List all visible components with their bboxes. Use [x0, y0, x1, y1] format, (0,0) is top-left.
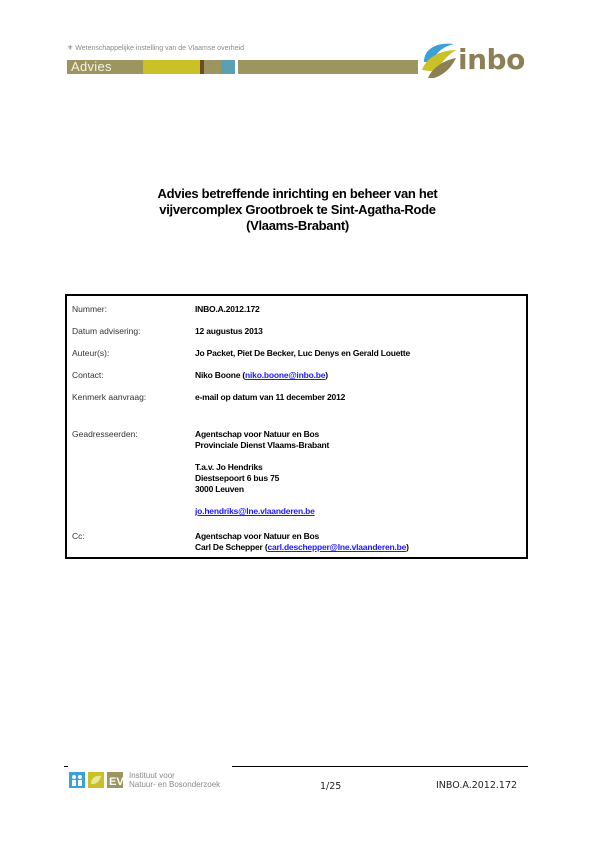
- contact-email-link[interactable]: niko.boone@inbo.be: [245, 370, 325, 380]
- flemish-lion-icon: ⚜: [67, 44, 73, 52]
- address-line: 3000 Leuven: [195, 484, 329, 495]
- tagline-text: Wetenschappelijke instelling van de Vlaa…: [75, 45, 244, 52]
- address-line: Provinciale Dienst Vlaams-Brabant: [195, 440, 329, 451]
- page-number: 1/25: [320, 781, 341, 792]
- value: Agentschap voor Natuur en Bos Provincial…: [195, 429, 329, 517]
- header-tagline: ⚜Wetenschappelijke instelling van de Vla…: [67, 44, 244, 52]
- logo-text: inbo: [458, 43, 525, 76]
- page-title: Advies betreffende inrichting en beheer …: [100, 186, 495, 234]
- value: Jo Packet, Piet De Becker, Luc Denys en …: [195, 348, 410, 359]
- label: Contact:: [72, 370, 104, 381]
- title-line: (Vlaams-Brabant): [100, 218, 495, 234]
- label: Kenmerk aanvraag:: [72, 392, 146, 403]
- cc-org: Agentschap voor Natuur en Bos: [195, 531, 409, 542]
- value: Niko Boone (niko.boone@inbo.be): [195, 370, 328, 381]
- footer-divider: [232, 766, 528, 767]
- label: Geadresseerden:: [72, 429, 138, 440]
- cc-email-link[interactable]: carl.deschepper@lne.vlaanderen.be: [267, 542, 406, 552]
- header-bar-segment: [238, 60, 418, 74]
- footer-divider: [64, 766, 68, 767]
- institute-line: Natuur- en Bosonderzoek: [129, 780, 220, 789]
- value: e-mail op datum van 11 december 2012: [195, 392, 345, 403]
- people-icon: [69, 772, 85, 788]
- header-bar-segment: [204, 60, 221, 74]
- section-label: Advies: [71, 59, 112, 74]
- label: Cc:: [72, 531, 85, 542]
- address-line: Diestsepoort 6 bus 75: [195, 473, 329, 484]
- addressee-email-link[interactable]: jo.hendriks@lne.vlaanderen.be: [195, 506, 315, 516]
- address-line: T.a.v. Jo Hendriks: [195, 462, 329, 473]
- header-bar-segment: [221, 60, 235, 74]
- inbo-logo-icon: [416, 40, 458, 80]
- contact-name: Niko Boone (: [195, 370, 245, 380]
- svg-text:EV: EV: [109, 776, 123, 788]
- cc-name: Carl De Schepper (: [195, 542, 267, 552]
- document-code: INBO.A.2012.172: [436, 780, 517, 791]
- value: INBO.A.2012.172: [195, 304, 260, 315]
- document-info-table: Nummer: INBO.A.2012.172 Datum advisering…: [65, 294, 528, 559]
- institute-line: Instituut voor: [129, 771, 220, 780]
- footer-institute: Instituut voor Natuur- en Bosonderzoek: [129, 771, 220, 789]
- ev-icon: EV: [107, 772, 123, 788]
- label: Auteur(s):: [72, 348, 109, 359]
- value: Agentschap voor Natuur en Bos Carl De Sc…: [195, 531, 409, 553]
- leaf-icon: [88, 772, 104, 788]
- address-line: Agentschap voor Natuur en Bos: [195, 429, 329, 440]
- title-line: Advies betreffende inrichting en beheer …: [100, 186, 495, 202]
- paren: ): [406, 542, 409, 552]
- value: 12 augustus 2013: [195, 326, 263, 337]
- label: Nummer:: [72, 304, 107, 315]
- header-bar-segment: [143, 60, 200, 74]
- title-line: vijvercomplex Grootbroek te Sint-Agatha-…: [100, 202, 495, 218]
- label: Datum advisering:: [72, 326, 141, 337]
- paren: ): [325, 370, 328, 380]
